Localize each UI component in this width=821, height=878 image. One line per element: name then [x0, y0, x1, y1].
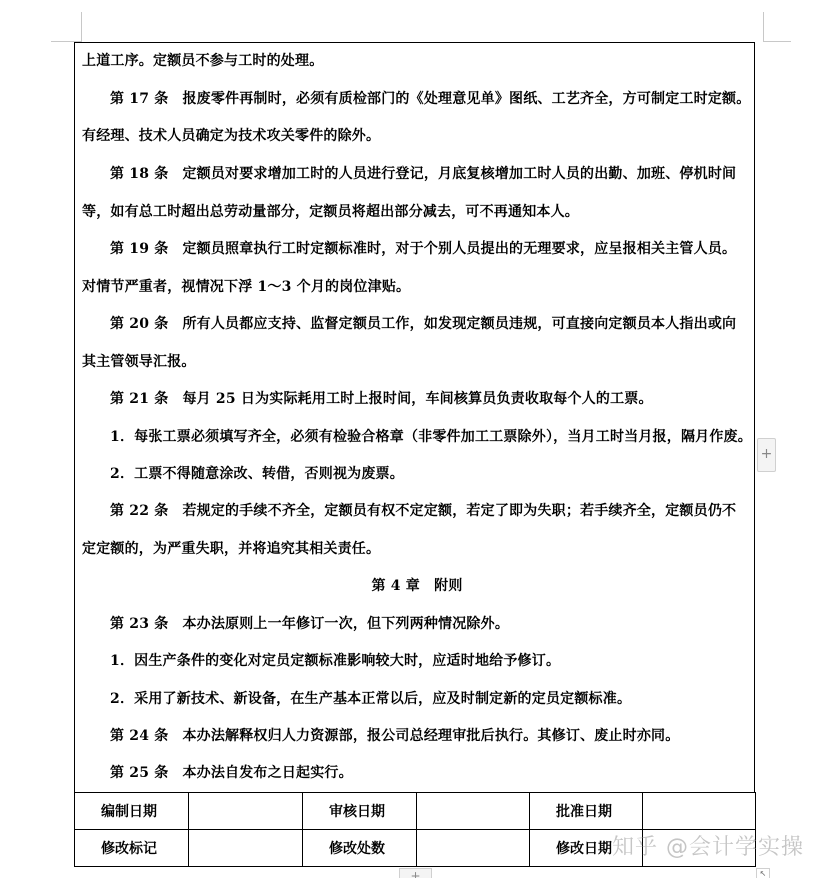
article-number: 第 17 条	[110, 91, 168, 107]
plus-icon: +	[761, 446, 773, 462]
article-23: 第 23 条本办法原则上一年修订一次，但下列两种情况除外。	[110, 615, 509, 633]
list-item: 2．工票不得随意涂改、转借，否则视为废票。	[110, 465, 404, 483]
approval-date-cell[interactable]	[643, 793, 756, 830]
article-text: 定额员照章执行工时定额标准时，对于个别人员提出的无理要求，应呈报相关主管人员。	[182, 241, 736, 257]
article-number: 第 24 条	[110, 728, 168, 744]
article-text: 本办法自发布之日起实行。	[182, 765, 352, 781]
label-prepared-date: 编制日期	[75, 793, 189, 830]
article-24: 第 24 条本办法解释权归人力资源部，报公司总经理审批后执行。其修订、废止时亦同…	[110, 727, 679, 745]
list-item: 2．采用了新技术、新设备，在生产基本正常以后，应及时制定新的定员定额标准。	[110, 690, 631, 708]
article-number: 第 23 条	[110, 616, 168, 632]
page-corner-mark-tr-h	[763, 41, 791, 42]
article-number: 第 18 条	[110, 166, 168, 182]
add-column-handle[interactable]: +	[757, 438, 776, 472]
prepared-date-cell[interactable]	[189, 793, 303, 830]
revision-mark-cell[interactable]	[189, 830, 303, 867]
add-row-handle[interactable]: +	[399, 868, 432, 878]
paragraph-line: 其主管领导汇报。	[82, 353, 196, 371]
label-approval-date: 批准日期	[530, 793, 643, 830]
page-corner-mark-tr-v	[763, 12, 764, 42]
article-18: 第 18 条定额员对要求增加工时的人员进行登记，月底复核增加工时人员的出勤、加班…	[110, 165, 736, 183]
list-item: 1．因生产条件的变化对定员定额标准影响较大时，应适时地给予修订。	[110, 652, 560, 670]
article-number: 第 25 条	[110, 765, 168, 781]
article-text: 每月 25 日为实际耗用工时上报时间，车间核算员负责收取每个人的工票。	[182, 391, 652, 407]
paragraph-line: 定定额的，为严重失职，并将追究其相关责任。	[82, 540, 380, 558]
label-revision-count: 修改处数	[303, 830, 417, 867]
paragraph-line: 等，如有总工时超出总劳动量部分，定额员将超出部分减去，可不再通知本人。	[82, 203, 579, 221]
article-text: 报废零件再制时，必须有质检部门的《处理意见单》图纸、工艺齐全，方可制定工时定额。	[182, 91, 750, 107]
table-resize-handle[interactable]: ↖	[756, 868, 770, 878]
document-text-frame	[74, 42, 755, 792]
watermark: 知乎 @会计学实操	[612, 830, 804, 861]
article-text: 定额员对要求增加工时的人员进行登记，月底复核增加工时人员的出勤、加班、停机时间	[182, 166, 736, 182]
revision-count-cell[interactable]	[417, 830, 530, 867]
article-number: 第 22 条	[110, 503, 168, 519]
table-row: 编制日期 审核日期 批准日期	[75, 793, 756, 830]
article-text: 若规定的手续不齐全，定额员有权不定定额，若定了即为失职；若手续齐全，定额员仍不	[182, 503, 736, 519]
article-number: 第 21 条	[110, 391, 168, 407]
article-text: 本办法原则上一年修订一次，但下列两种情况除外。	[182, 616, 509, 632]
paragraph-line: 对情节严重者，视情况下浮 1～3 个月的岗位津贴。	[82, 278, 410, 296]
review-date-cell[interactable]	[417, 793, 530, 830]
plus-icon: +	[410, 869, 420, 878]
article-22: 第 22 条若规定的手续不齐全，定额员有权不定定额，若定了即为失职；若手续齐全，…	[110, 502, 736, 520]
article-20: 第 20 条所有人员都应支持、监督定额员工作，如发现定额员违规，可直接向定额员本…	[110, 315, 736, 333]
article-17: 第 17 条报废零件再制时，必须有质检部门的《处理意见单》图纸、工艺齐全，方可制…	[110, 90, 750, 108]
label-review-date: 审核日期	[303, 793, 417, 830]
article-21: 第 21 条每月 25 日为实际耗用工时上报时间，车间核算员负责收取每个人的工票…	[110, 390, 653, 408]
article-19: 第 19 条定额员照章执行工时定额标准时，对于个别人员提出的无理要求，应呈报相关…	[110, 240, 736, 258]
article-text: 所有人员都应支持、监督定额员工作，如发现定额员违规，可直接向定额员本人指出或向	[182, 316, 736, 332]
paragraph-line: 上道工序。定额员不参与工时的处理。	[82, 52, 323, 70]
article-number: 第 19 条	[110, 241, 168, 257]
paragraph-line: 有经理、技术人员确定为技术攻关零件的除外。	[82, 127, 380, 145]
resize-arrow-icon: ↖	[760, 869, 767, 878]
article-number: 第 20 条	[110, 316, 168, 332]
page-corner-mark-tl-v	[81, 12, 82, 42]
article-25: 第 25 条本办法自发布之日起实行。	[110, 764, 353, 782]
label-revision-mark: 修改标记	[75, 830, 189, 867]
chapter-heading: 第 4 章 附则	[82, 577, 752, 595]
list-item: 1．每张工票必须填写齐全，必须有检验合格章（非零件加工工票除外），当月工时当月报…	[110, 428, 752, 446]
article-text: 本办法解释权归人力资源部，报公司总经理审批后执行。其修订、废止时亦同。	[182, 728, 679, 744]
